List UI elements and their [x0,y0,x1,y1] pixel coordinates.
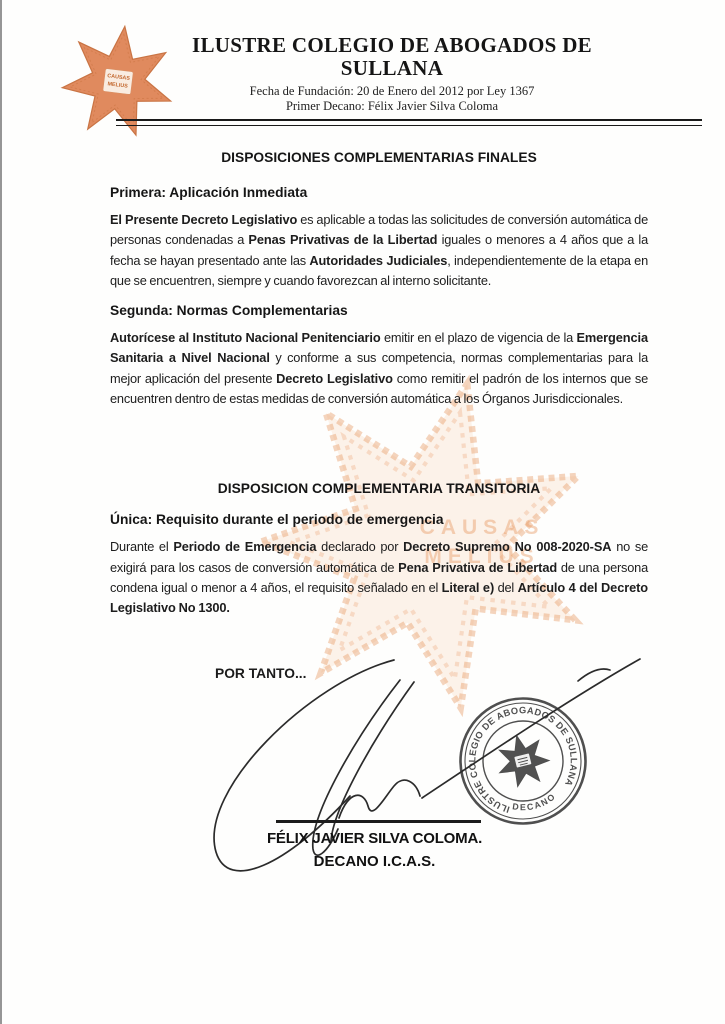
signature-line [276,820,481,823]
signer-title: DECANO I.C.A.S. [257,853,492,870]
section-heading-finales: DISPOSICIONES COMPLEMENTARIAS FINALES [110,150,648,165]
paragraph-unica: Durante el Periodo de Emergencia declara… [110,537,648,618]
block-label-primera: Primera: Aplicación Inmediata [110,185,648,200]
block-label-segunda: Segunda: Normas Complementarias [110,303,648,318]
paragraph-primera: El Presente Decreto Legislativo es aplic… [110,210,648,291]
paragraph-segunda: Autorícese al Instituto Nacional Peniten… [110,328,648,409]
scanned-document-page: CAUSAS MELIUS ILUSTRE COLEGIO DE ABOGADO… [0,0,725,1024]
signer-name: FÉLIX JAVIER SILVA COLOMA. [257,830,492,847]
section-heading-transitoria: DISPOSICION COMPLEMENTARIA TRANSITORIA [110,481,648,496]
block-label-unica: Única: Requisito durante el periodo de e… [110,512,648,527]
